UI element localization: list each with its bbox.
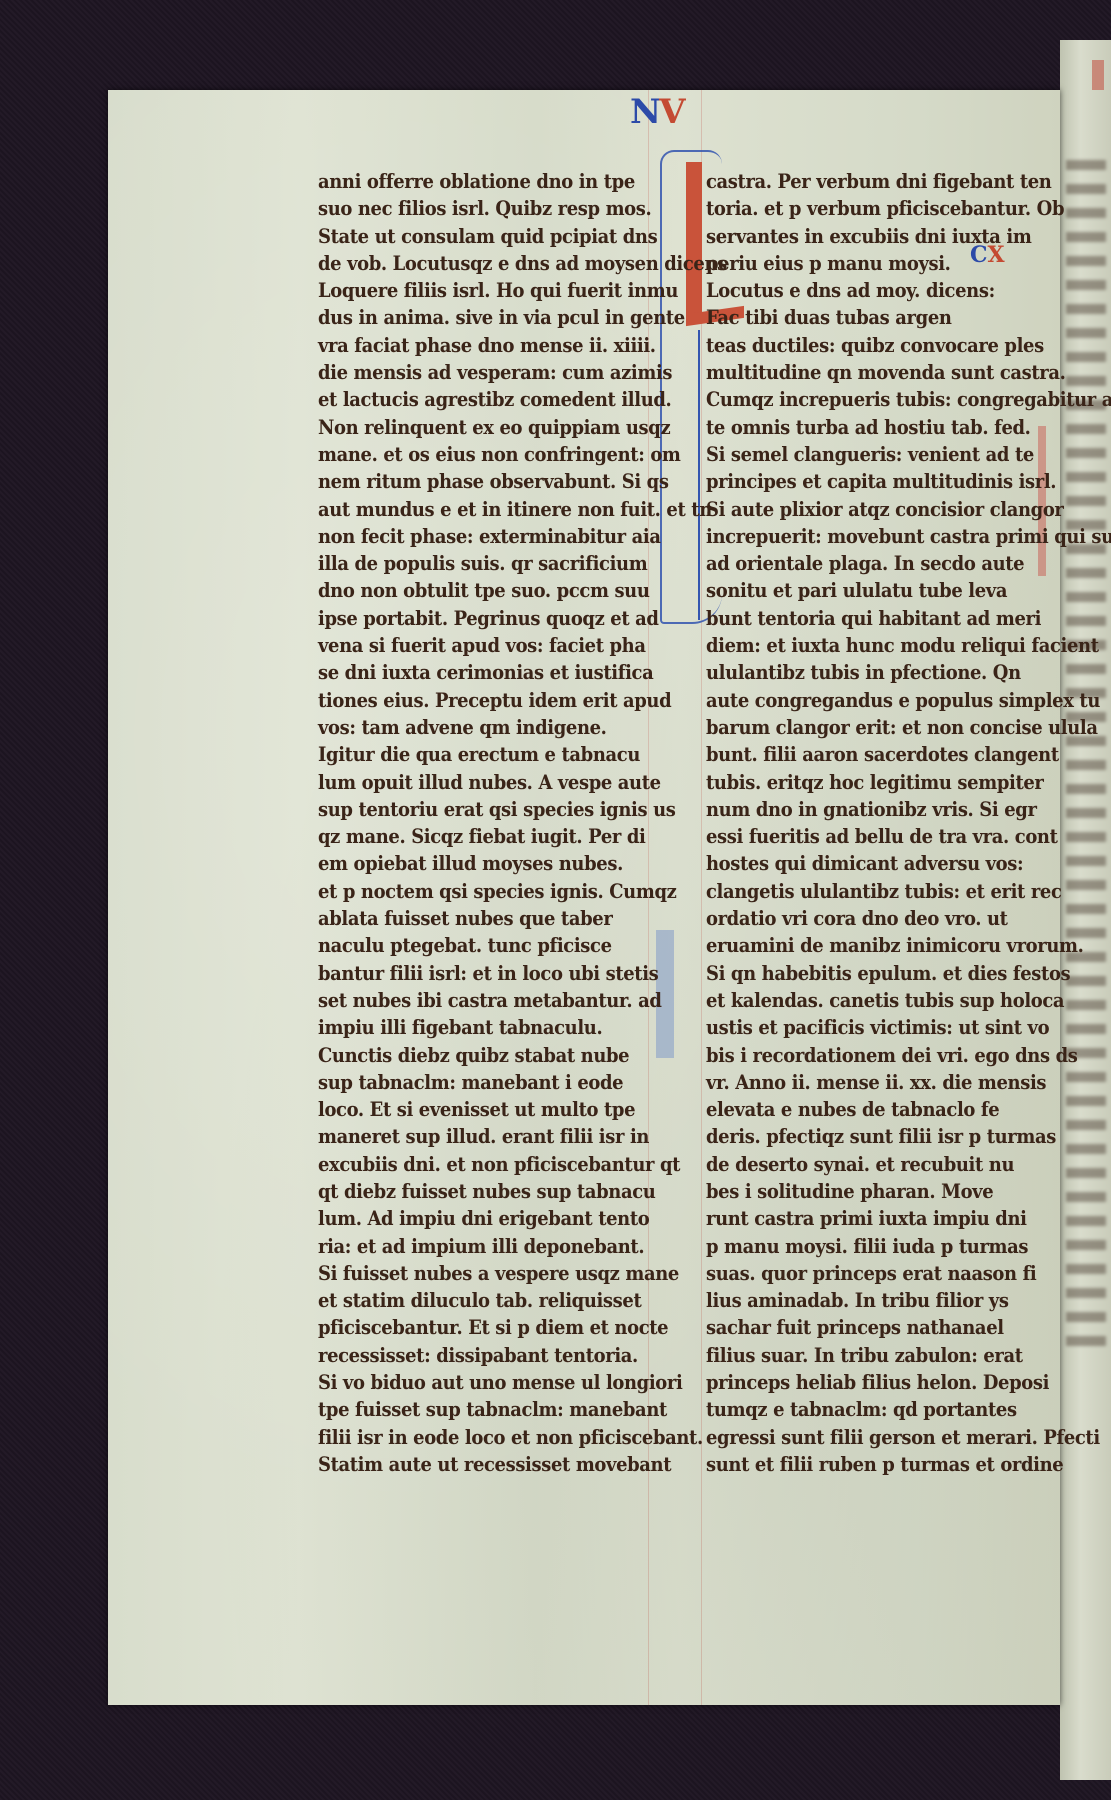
- text-line: non fecit phase: exterminabitur aia: [318, 523, 727, 550]
- text-line: pficiscebantur. Et si p diem et nocte: [318, 1314, 727, 1341]
- text-line: ablata fuisset nubes que taber: [318, 905, 727, 932]
- text-line: mane. et os eius non confringent: om: [318, 441, 727, 468]
- text-line: qt diebz fuisset nubes sup tabnacu: [318, 1178, 727, 1205]
- text-column-left: anni offerre oblatione dno in tpesuo nec…: [318, 168, 727, 1478]
- text-line: ululantibz tubis in pfectione. Qn: [706, 659, 1111, 686]
- text-line: egressi sunt filii gerson et merari. Pfe…: [706, 1424, 1111, 1451]
- text-line: princeps heliab filius helon. Deposi: [706, 1369, 1111, 1396]
- text-line: essi fueritis ad bellu de tra vra. cont: [706, 823, 1111, 850]
- text-line: teas ductiles: quibz convocare ples: [706, 332, 1111, 359]
- text-line: bunt tentoria qui habitant ad meri: [706, 605, 1111, 632]
- text-line: sonitu et pari ululatu tube leva: [706, 577, 1111, 604]
- text-line: ria: et ad impium illi deponebant.: [318, 1233, 727, 1260]
- text-line: Locutus e dns ad moy. dicens:: [706, 277, 1111, 304]
- text-line: Si semel clangueris: venient ad te: [706, 441, 1111, 468]
- text-line: vena si fuerit apud vos: faciet pha: [318, 632, 727, 659]
- text-line: Cunctis diebz quibz stabat nube: [318, 1042, 727, 1069]
- text-line: lum. Ad impiu dni erigebant tento: [318, 1205, 727, 1232]
- text-line: runt castra primi iuxta impiu dni: [706, 1205, 1111, 1232]
- text-line: loco. Et si evenisset ut multo tpe: [318, 1096, 727, 1123]
- text-line: Igitur die qua erectum e tabnacu: [318, 741, 727, 768]
- text-line: diem: et iuxta hunc modu reliqui facient: [706, 632, 1111, 659]
- text-line: ad orientale plaga. In secdo aute: [706, 550, 1111, 577]
- text-line: se dni iuxta cerimonias et iustifica: [318, 659, 727, 686]
- text-line: barum clangor erit: et non concise ulula: [706, 714, 1111, 741]
- text-line: bunt. filii aaron sacerdotes clangent: [706, 741, 1111, 768]
- text-line: Fac tibi duas tubas argen: [706, 304, 1111, 331]
- text-line: tubis. eritqz hoc legitimu sempiter: [706, 769, 1111, 796]
- text-line: aute congregandus e populus simplex tu: [706, 687, 1111, 714]
- text-line: vos: tam advene qm indigene.: [318, 714, 727, 741]
- adjacent-folio-rubric: [1092, 60, 1104, 90]
- text-line: et statim diluculo tab. reliquisset: [318, 1287, 727, 1314]
- text-line: num dno in gnationibz vris. Si egr: [706, 796, 1111, 823]
- text-line: recessisset: dissipabant tentoria.: [318, 1342, 727, 1369]
- text-line: sachar fuit princeps nathanael: [706, 1314, 1111, 1341]
- text-line: filius suar. In tribu zabulon: erat: [706, 1342, 1111, 1369]
- text-line: naculu ptegebat. tunc pficisce: [318, 932, 727, 959]
- text-line: sup tentoriu erat qsi species ignis us: [318, 796, 727, 823]
- text-line: nem ritum phase observabunt. Si qs: [318, 468, 727, 495]
- text-line: Si fuisset nubes a vespere usqz mane: [318, 1260, 727, 1287]
- text-line: filii isr in eode loco et non pficisceba…: [318, 1424, 727, 1451]
- text-line: em opiebat illud moyses nubes.: [318, 850, 727, 877]
- text-line: anni offerre oblatione dno in tpe: [318, 168, 727, 195]
- text-line: tumqz e tabnaclm: qd portantes: [706, 1396, 1111, 1423]
- text-line: aut mundus e et in itinere non fuit. et …: [318, 496, 727, 523]
- text-line: maneret sup illud. erant filii isr in: [318, 1123, 727, 1150]
- text-line: servantes in excubiis dni iuxta im: [706, 223, 1111, 250]
- text-line: vra faciat phase dno mense ii. xiiii.: [318, 332, 727, 359]
- running-head-red-letter: V: [659, 92, 683, 132]
- text-line: dno non obtulit tpe suo. pccm suu: [318, 577, 727, 604]
- text-line: deris. pfectiqz sunt filii isr p turmas: [706, 1123, 1111, 1150]
- text-line: suas. quor princeps erat naason fi: [706, 1260, 1111, 1287]
- text-column-right: castra. Per verbum dni figebant tentoria…: [706, 168, 1111, 1478]
- text-line: eruamini de manibz inimicoru vrorum.: [706, 932, 1111, 959]
- running-head: NV: [630, 92, 683, 132]
- text-line: excubiis dni. et non pficiscebantur qt: [318, 1151, 727, 1178]
- text-line: Loquere filiis isrl. Ho qui fuerit inmu: [318, 277, 727, 304]
- text-line: et kalendas. canetis tubis sup holoca: [706, 987, 1111, 1014]
- text-line: et lactucis agrestibz comedent illud.: [318, 386, 727, 413]
- text-line: Si aute plixior atqz concisior clangor: [706, 496, 1111, 523]
- text-line: Si vo biduo aut uno mense ul longiori: [318, 1369, 727, 1396]
- text-line: lum opuit illud nubes. A vespe aute: [318, 769, 727, 796]
- text-line: ustis et pacificis victimis: ut sint vo: [706, 1014, 1111, 1041]
- text-line: elevata e nubes de tabnaclo fe: [706, 1096, 1111, 1123]
- text-line: ordatio vri cora dno deo vro. ut: [706, 905, 1111, 932]
- text-line: Statim aute ut recessisset movebant: [318, 1451, 727, 1478]
- text-line: dus in anima. sive in via pcul in gente: [318, 304, 727, 331]
- running-head-blue-letter: N: [630, 92, 659, 132]
- text-line: multitudine qn movenda sunt castra.: [706, 359, 1111, 386]
- text-line: increpuerit: movebunt castra primi qui s…: [706, 523, 1111, 550]
- text-line: de deserto synai. et recubuit nu: [706, 1151, 1111, 1178]
- text-line: vr. Anno ii. mense ii. xx. die mensis: [706, 1069, 1111, 1096]
- text-line: Cumqz increpueris tubis: congregabitur a…: [706, 386, 1111, 413]
- text-line: Non relinquent ex eo quippiam usqz: [318, 414, 727, 441]
- text-line: principes et capita multitudinis isrl.: [706, 468, 1111, 495]
- text-line: hostes qui dimicant adversu vos:: [706, 850, 1111, 877]
- text-line: et p noctem qsi species ignis. Cumqz: [318, 878, 727, 905]
- text-line: die mensis ad vesperam: cum azimis: [318, 359, 727, 386]
- text-line: ipse portabit. Pegrinus quoqz et ad: [318, 605, 727, 632]
- text-line: sup tabnaclm: manebant i eode: [318, 1069, 727, 1096]
- text-line: toria. et p verbum pficiscebantur. Ob: [706, 195, 1111, 222]
- text-line: set nubes ibi castra metabantur. ad: [318, 987, 727, 1014]
- text-line: Si qn habebitis epulum. et dies festos: [706, 960, 1111, 987]
- text-line: qz mane. Sicqz fiebat iugit. Per di: [318, 823, 727, 850]
- text-line: bantur filii isrl: et in loco ubi stetis: [318, 960, 727, 987]
- text-line: castra. Per verbum dni figebant ten: [706, 168, 1111, 195]
- text-line: tpe fuisset sup tabnaclm: manebant: [318, 1396, 727, 1423]
- text-line: State ut consulam quid pcipiat dns: [318, 223, 727, 250]
- text-line: clangetis ululantibz tubis: et erit rec: [706, 878, 1111, 905]
- text-line: periu eius p manu moysi.: [706, 250, 1111, 277]
- text-line: p manu moysi. filii iuda p turmas: [706, 1233, 1111, 1260]
- text-line: lius aminadab. In tribu filior ys: [706, 1287, 1111, 1314]
- text-line: tiones eius. Preceptu idem erit apud: [318, 687, 727, 714]
- text-line: suo nec filios isrl. Quibz resp mos.: [318, 195, 727, 222]
- text-line: illa de populis suis. qr sacrificium: [318, 550, 727, 577]
- text-line: te omnis turba ad hostiu tab. fed.: [706, 414, 1111, 441]
- text-line: sunt et filii ruben p turmas et ordine: [706, 1451, 1111, 1478]
- text-line: de vob. Locutusqz e dns ad moysen dicens: [318, 250, 727, 277]
- text-line: bes i solitudine pharan. Move: [706, 1178, 1111, 1205]
- text-line: impiu illi figebant tabnaculu.: [318, 1014, 727, 1041]
- text-line: bis i recordationem dei vri. ego dns ds: [706, 1042, 1111, 1069]
